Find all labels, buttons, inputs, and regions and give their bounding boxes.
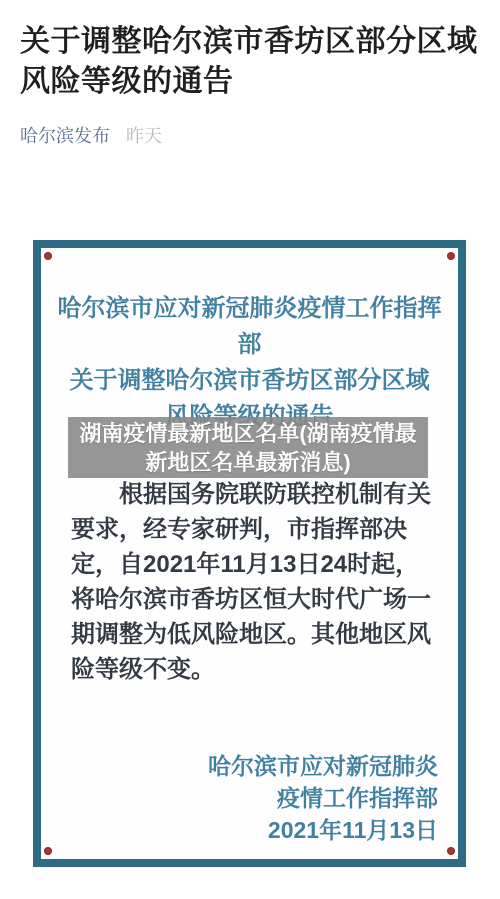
corner-pin-dot	[447, 847, 455, 855]
article-meta: 哈尔滨发布昨天	[20, 125, 162, 147]
poster-signature: 哈尔滨市应对新冠肺炎 疫情工作指挥部 2021年11月13日	[41, 750, 438, 846]
poster-org-heading: 哈尔滨市应对新冠肺炎疫情工作指挥 部	[41, 291, 458, 363]
corner-pin-dot	[447, 252, 455, 260]
page-title: 关于调整哈尔滨市香坊区部分区域 风险等级的通告	[20, 22, 486, 102]
author-link[interactable]: 哈尔滨发布	[20, 126, 110, 146]
poster-body-text: 根据国务院联防联控机制有关 要求，经专家研判，市指挥部决 定，自2021年11月…	[71, 477, 438, 687]
publish-time: 昨天	[126, 126, 162, 146]
corner-pin-dot	[44, 847, 52, 855]
notice-poster-image: 哈尔滨市应对新冠肺炎疫情工作指挥 部 关于调整哈尔滨市香坊区部分区域 风险等级的…	[33, 240, 466, 867]
seo-caption-overlay: 湖南疫情最新地区名单(湖南疫情最 新地区名单最新消息)	[68, 417, 428, 478]
corner-pin-dot	[44, 252, 52, 260]
